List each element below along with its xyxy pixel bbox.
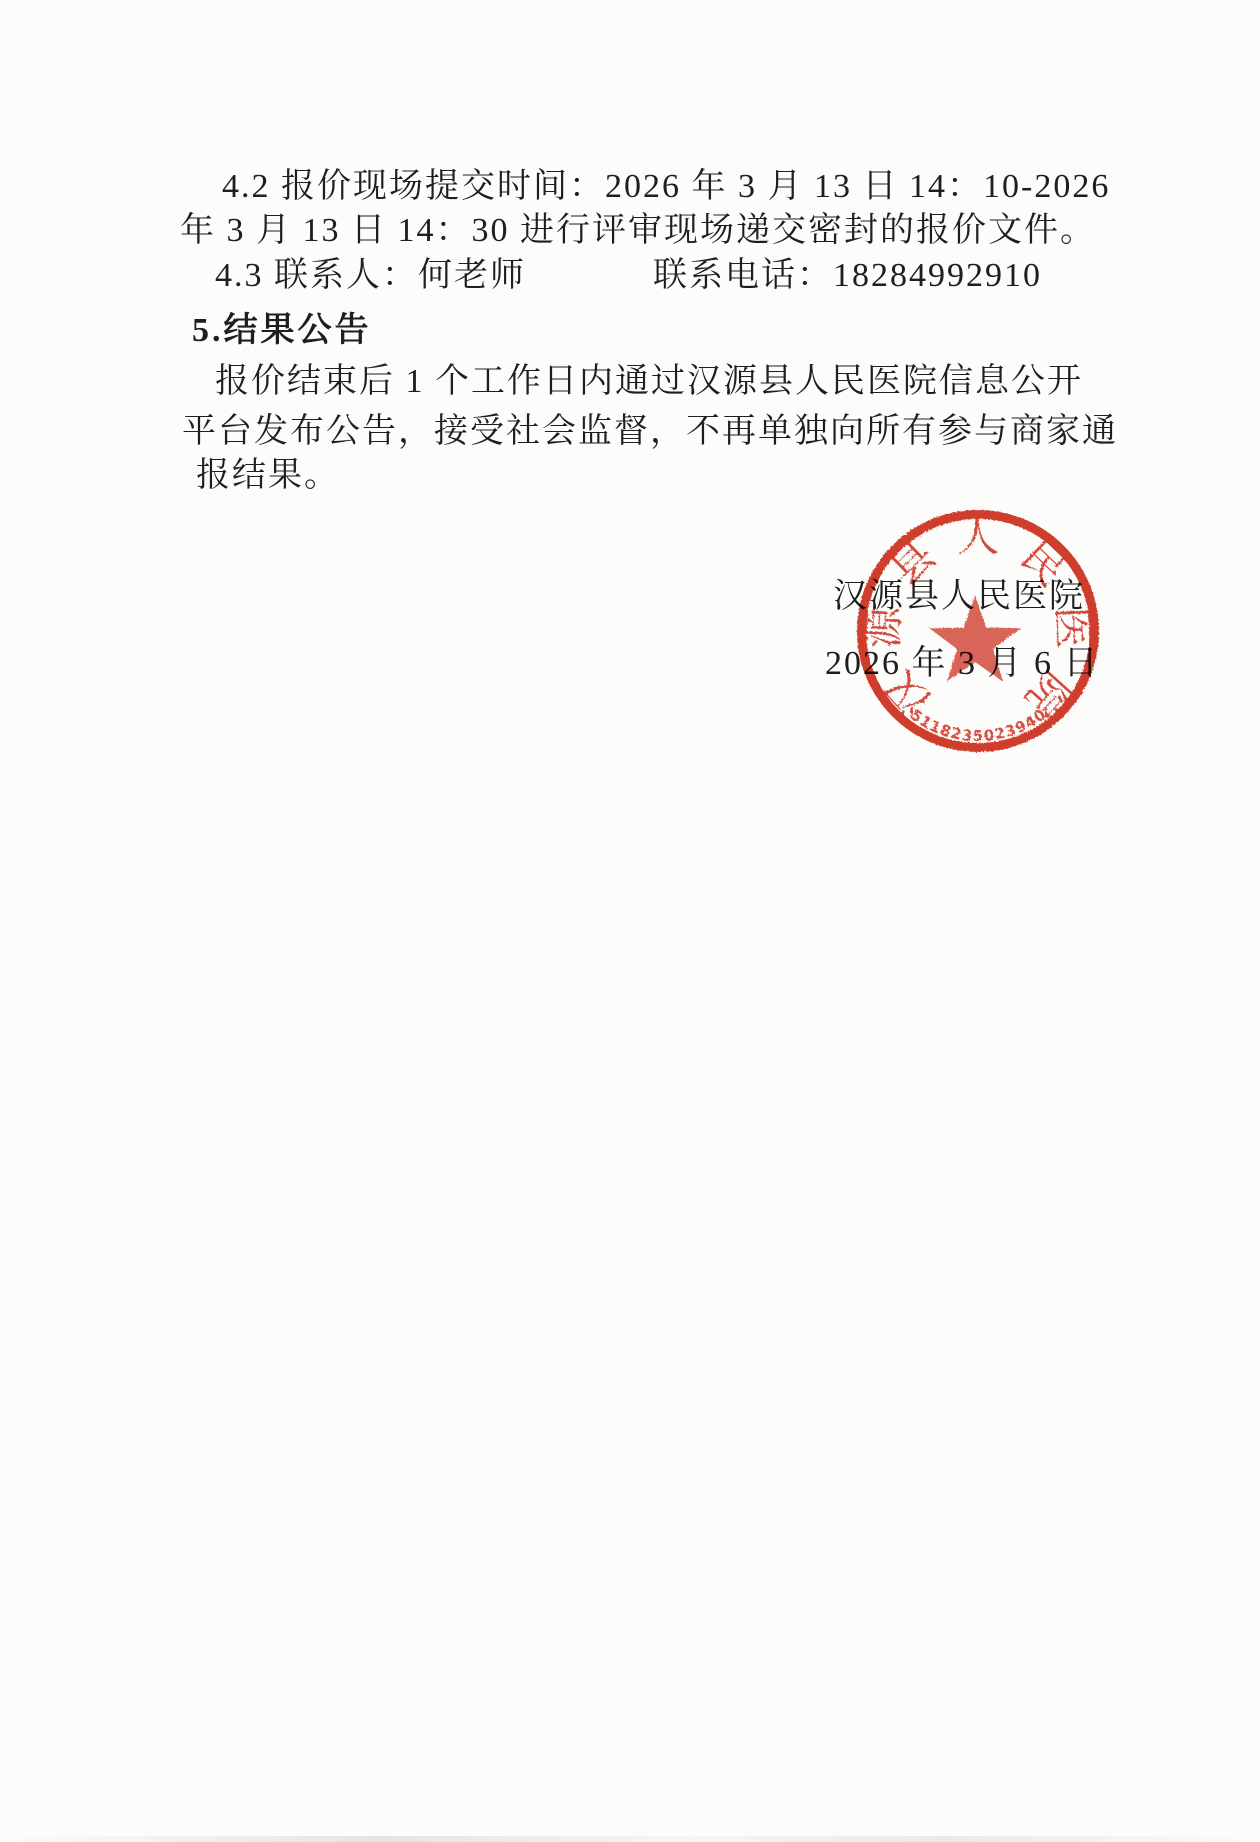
seal-star-icon: [929, 595, 1020, 682]
svg-text:人: 人: [957, 515, 999, 561]
svg-text:医: 医: [1047, 606, 1094, 650]
section-5-paragraph-line-2: 平台发布公告，接受社会监督，不再单独向所有参与商家通: [182, 412, 1118, 452]
section-5-paragraph-line-3: 报结果。: [196, 456, 340, 496]
official-seal-svg: 汉源县人民医院 5118235023940: [843, 496, 1113, 766]
svg-text:源: 源: [861, 605, 908, 650]
svg-text:县: 县: [882, 533, 944, 595]
section-5-heading: 5.结果公告: [192, 311, 372, 351]
document-page: 4.2 报价现场提交时间：2026 年 3 月 13 日 14：10-2026 …: [0, 0, 1260, 1842]
official-seal: 汉源县人民医院 5118235023940: [843, 496, 1113, 766]
svg-text:5: 5: [973, 727, 983, 745]
scan-edge-artifact: [0, 1836, 1260, 1842]
clause-4-2-line-2: 年 3 月 13 日 14：30 进行评审现场递交密封的报价文件。: [180, 211, 1096, 251]
clause-4-2-line-1: 4.2 报价现场提交时间：2026 年 3 月 13 日 14：10-2026: [222, 167, 1110, 207]
clause-4-3-contact: 4.3 联系人：何老师: [215, 256, 526, 296]
clause-4-3-phone: 联系电话：18284992910: [653, 256, 1042, 296]
svg-text:民: 民: [1012, 533, 1074, 595]
svg-text:3: 3: [961, 726, 973, 745]
section-5-paragraph-line-1: 报价结束后 1 个工作日内通过汉源县人民医院信息公开: [215, 362, 1083, 402]
